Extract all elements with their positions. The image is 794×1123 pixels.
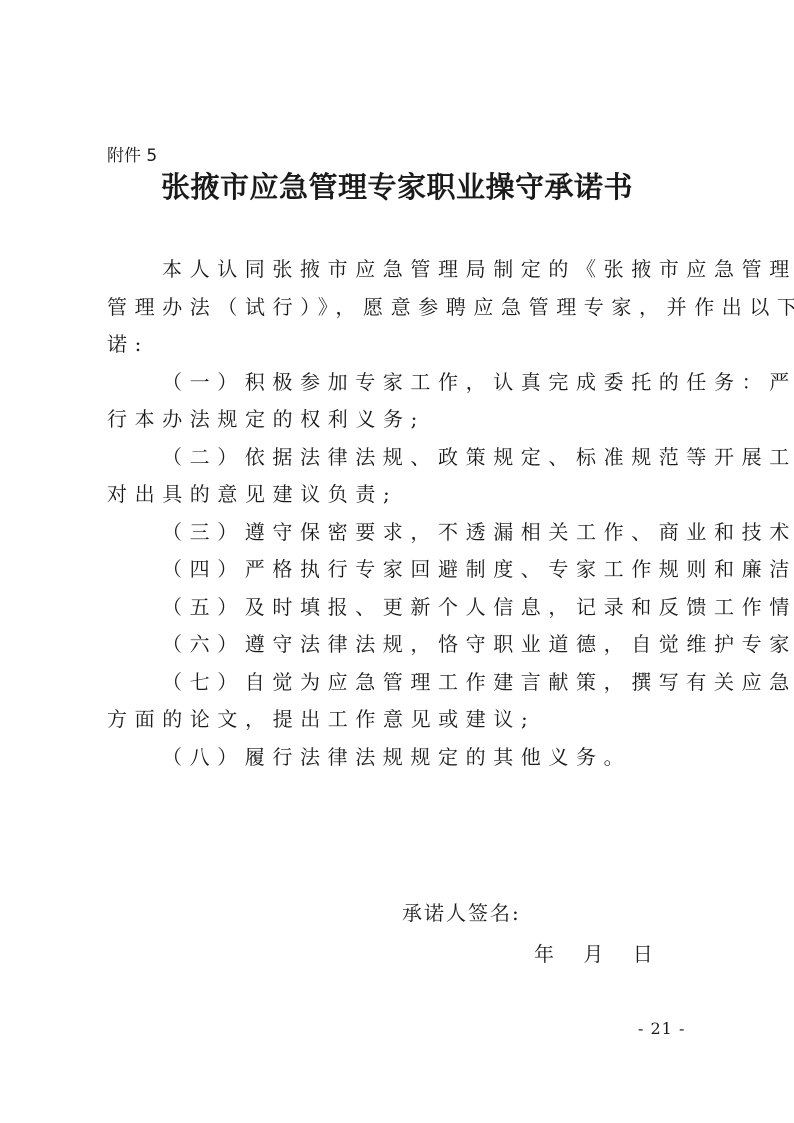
month-label: 月 [583, 938, 603, 967]
pledge-item-8: （八）履行法律法规规定的其他义务。 [107, 742, 707, 780]
pledge-item-6: （六）遵守法律法规，恪守职业道德，自觉维护专家形象; [107, 629, 707, 667]
body-line: 本人认同张掖市应急管理局制定的《张掖市应急管理专家 [107, 254, 707, 292]
pledge-item-7-cont: 方面的论文，提出工作意见或建议; [107, 704, 707, 742]
pledge-item-2-cont: 对出具的意见建议负责; [107, 479, 707, 517]
day-label: 日 [633, 938, 653, 967]
pledge-item-5: （五）及时填报、更新个人信息，记录和反馈工作情况; [107, 592, 707, 630]
date-line: 年 月 日 [534, 938, 676, 967]
body-line: 管理办法（试行）》，愿意参聘应急管理专家，并作出以下承 [107, 292, 707, 330]
document-body: 本人认同张掖市应急管理局制定的《张掖市应急管理专家 管理办法（试行）》，愿意参聘… [107, 254, 707, 779]
pledge-item-7: （七）自觉为应急管理工作建言献策，撰写有关应急管理 [107, 667, 707, 705]
pledge-item-3: （三）遵守保密要求，不透漏相关工作、商业和技术秘密; [107, 517, 707, 555]
document-title: 张掖市应急管理专家职业操守承诺书 [0, 165, 794, 206]
signature-label: 承诺人签名: [402, 897, 521, 926]
page-number: - 21 - [638, 1019, 685, 1038]
year-label: 年 [534, 938, 554, 967]
pledge-item-1: （一）积极参加专家工作，认真完成委托的任务：严格履 [107, 367, 707, 405]
pledge-item-4: （四）严格执行专家回避制度、专家工作规则和廉洁要求; [107, 554, 707, 592]
pledge-item-2: （二）依据法律法规、政策规定、标准规范等开展工作， [107, 442, 707, 480]
attachment-label: 附件 5 [107, 141, 157, 166]
body-line: 诺: [107, 329, 707, 367]
pledge-item-1-cont: 行本办法规定的权利义务; [107, 404, 707, 442]
